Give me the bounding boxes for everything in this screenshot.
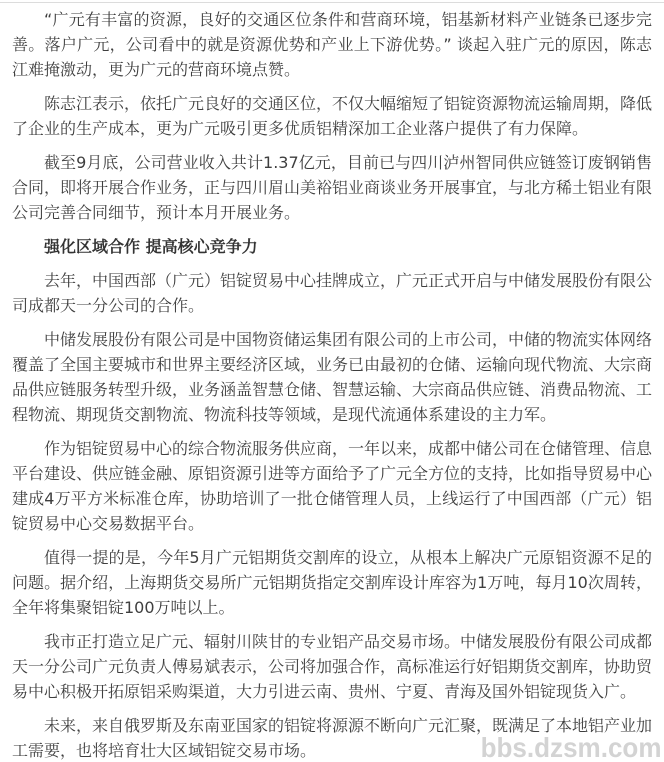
body-paragraph-4: 值得一提的是，今年5月广元铝期货交割库的设立，从根本上解决广元原铝资源不足的问题…: [12, 545, 652, 620]
section-heading: 强化区域合作 提高核心竞争力: [12, 234, 652, 259]
intro-paragraph-2: 陈志江表示，依托广元良好的交通区位，不仅大幅缩短了铝锭资源物流运输周期，降低了企…: [12, 91, 652, 141]
body-paragraph-5: 我市正打造立足广元、辐射川陕甘的专业铝产品交易市场。中储发展股份有限公司成都天一…: [12, 629, 652, 704]
body-paragraph-1: 去年，中国西部（广元）铝锭贸易中心挂牌成立，广元正式开启与中储发展股份有限公司成…: [12, 268, 652, 318]
article-body: “广元有丰富的资源，良好的交通区位条件和营商环境，铝基新材料产业链条已逐步完善。…: [0, 0, 664, 762]
intro-paragraph-3: 截至9月底，公司营业收入共计1.37亿元，目前已与四川泸州智同供应链签订废钢销售…: [12, 150, 652, 225]
body-paragraph-3: 作为铝锭贸易中心的综合物流服务供应商，一年以来，成都中储公司在仓储管理、信息平台…: [12, 436, 652, 536]
article-page: “广元有丰富的资源，良好的交通区位条件和营商环境，铝基新材料产业链条已逐步完善。…: [0, 0, 664, 762]
intro-paragraph-1: “广元有丰富的资源，良好的交通区位条件和营商环境，铝基新材料产业链条已逐步完善。…: [12, 7, 652, 82]
body-paragraph-2: 中储发展股份有限公司是中国物资储运集团有限公司的上市公司，中储的物流实体网络覆盖…: [12, 327, 652, 427]
site-watermark: bbs.dzsm.com: [480, 732, 661, 762]
